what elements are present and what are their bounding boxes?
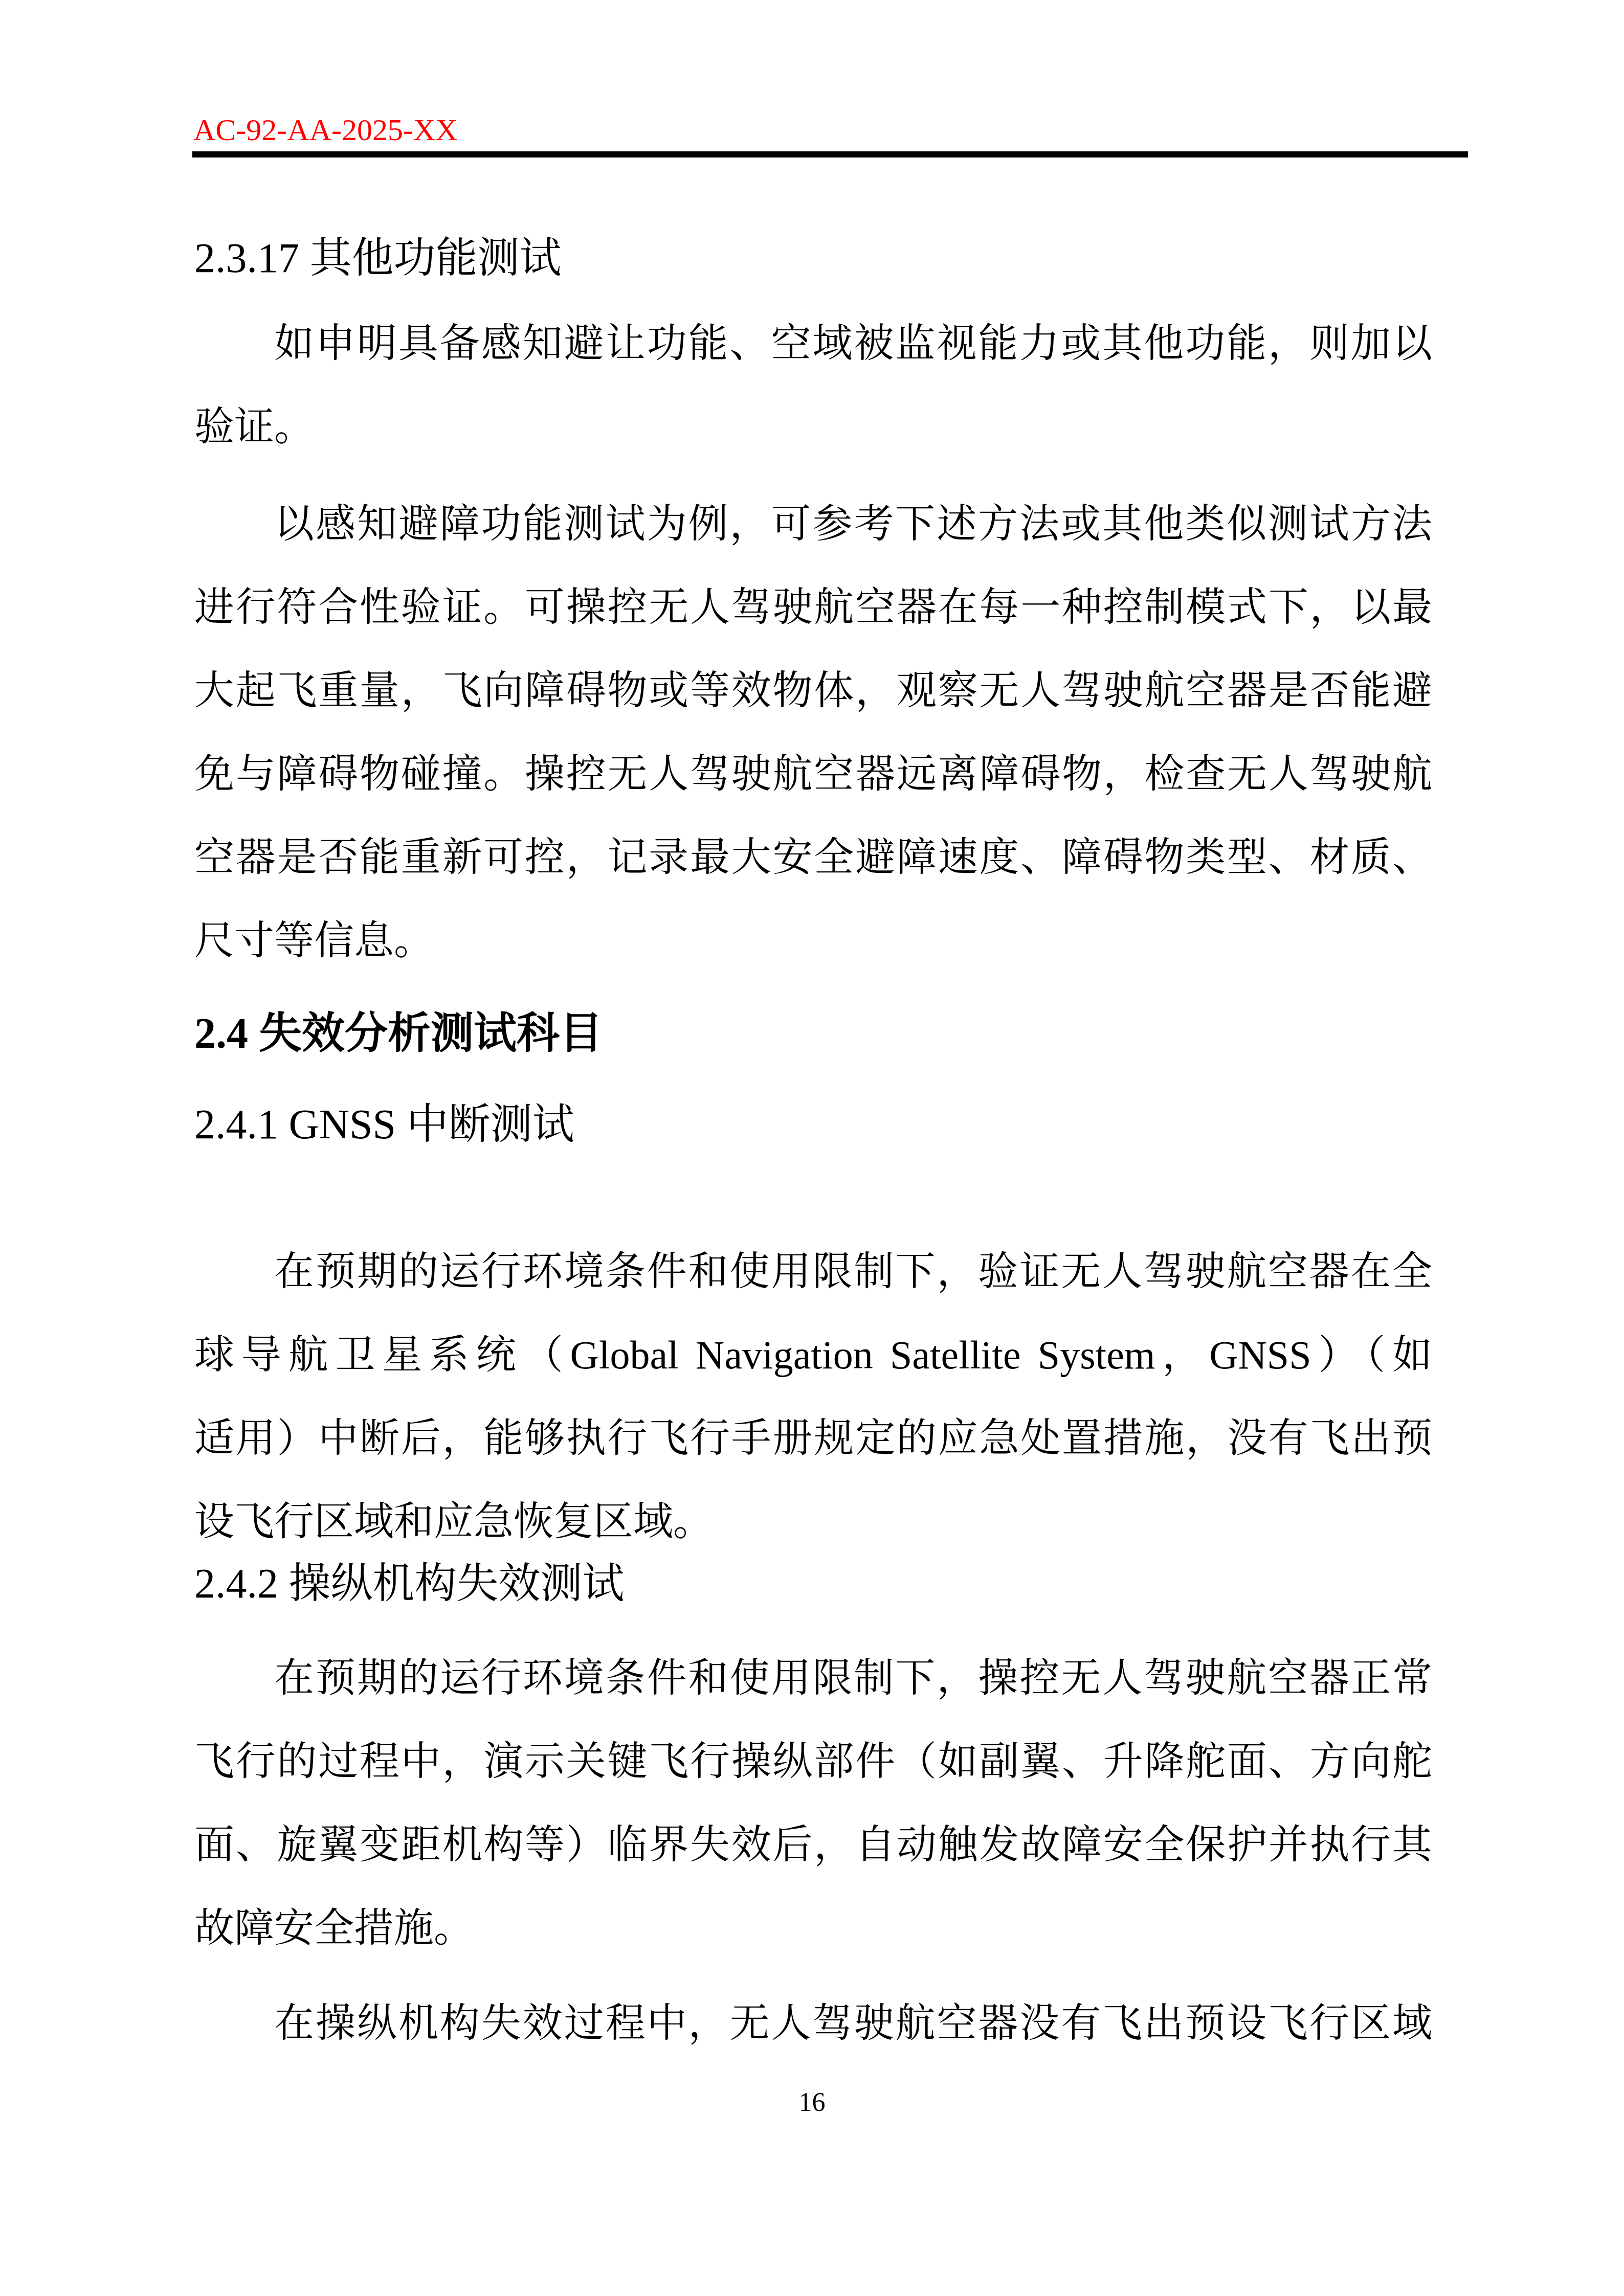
section-heading: 2.4.1 GNSS 中断测试 xyxy=(194,1083,1432,1166)
text-line: 尺寸等信息。 xyxy=(194,899,1432,982)
section-heading: 2.4 失效分析测试科目 xyxy=(194,992,1432,1075)
text-line: 如申明具备感知避让功能、空域被监视能力或其他功能，则加以 xyxy=(194,302,1432,385)
text-line: 面、旋翼变距机构等）临界失效后，自动触发故障安全保护并执行其 xyxy=(194,1803,1432,1886)
paragraph: 以感知避障功能测试为例，可参考下述方法或其他类似测试方法进行符合性验证。可操控无… xyxy=(194,482,1432,982)
text-line: 验证。 xyxy=(194,385,1432,468)
paragraph: 在预期的运行环境条件和使用限制下，验证无人驾驶航空器在全球导航卫星系统（Glob… xyxy=(194,1230,1432,1563)
paragraph: 如申明具备感知避让功能、空域被监视能力或其他功能，则加以验证。 xyxy=(194,302,1432,468)
text-line: 飞行的过程中，演示关键飞行操纵部件（如副翼、升降舵面、方向舵 xyxy=(194,1720,1432,1803)
section-heading: 2.3.17 其他功能测试 xyxy=(194,216,1432,300)
section-heading: 2.4.2 操纵机构失效测试 xyxy=(194,1542,1432,1625)
paragraph: 在预期的运行环境条件和使用限制下，操控无人驾驶航空器正常飞行的过程中，演示关键飞… xyxy=(194,1636,1432,1970)
header-rule xyxy=(192,151,1468,157)
document-number: AC-92-AA-2025-XX xyxy=(193,111,458,148)
text-line: 免与障碍物碰撞。操控无人驾驶航空器远离障碍物，检查无人驾驶航 xyxy=(194,732,1432,816)
text-line: 适用）中断后，能够执行飞行手册规定的应急处置措施，没有飞出预 xyxy=(194,1397,1432,1480)
document-page: AC-92-AA-2025-XX 2.3.17 其他功能测试如申明具备感知避让功… xyxy=(0,0,1624,2296)
text-line: 空器是否能重新可控，记录最大安全避障速度、障碍物类型、材质、 xyxy=(194,816,1432,899)
page-number: 16 xyxy=(0,2086,1624,2119)
text-line: 在预期的运行环境条件和使用限制下，操控无人驾驶航空器正常 xyxy=(194,1636,1432,1720)
text-line: 在操纵机构失效过程中，无人驾驶航空器没有飞出预设飞行区域 xyxy=(194,1982,1432,2065)
text-line: 以感知避障功能测试为例，可参考下述方法或其他类似测试方法 xyxy=(194,482,1432,566)
paragraph: 在操纵机构失效过程中，无人驾驶航空器没有飞出预设飞行区域 xyxy=(194,1982,1432,2065)
text-line: 在预期的运行环境条件和使用限制下，验证无人驾驶航空器在全 xyxy=(194,1230,1432,1313)
text-line: 球导航卫星系统（Global Navigation Satellite Syst… xyxy=(194,1313,1432,1397)
text-line: 进行符合性验证。可操控无人驾驶航空器在每一种控制模式下，以最 xyxy=(194,566,1432,649)
text-line: 大起飞重量，飞向障碍物或等效物体，观察无人驾驶航空器是否能避 xyxy=(194,649,1432,732)
text-line: 故障安全措施。 xyxy=(194,1886,1432,1970)
